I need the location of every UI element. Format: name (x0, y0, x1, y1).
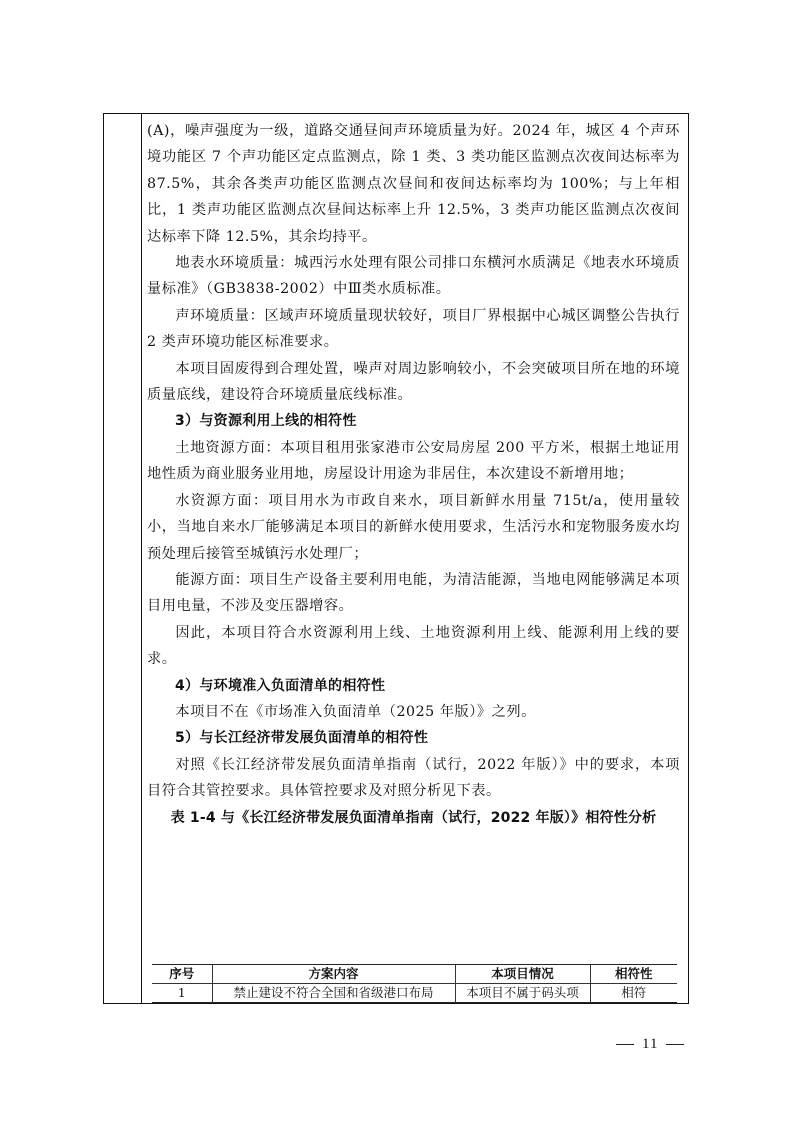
heading-negative-list: 4）与环境准入负面清单的相符性 (147, 673, 680, 699)
cell-compliance: 相符 (590, 984, 677, 1003)
paragraph-energy: 能源方面：项目生产设备主要利用电能，为清洁能源，当地电网能够满足本项目用电量，不… (147, 567, 680, 620)
header-compliance: 相符性 (590, 965, 677, 984)
body-content: (A)，噪声强度为一级，道路交通昼间声环境质量为好。2024 年，城区 4 个声… (147, 118, 680, 827)
paragraph-acoustic: 声环境质量：区域声环境质量现状较好，项目厂界根据中心城区调整公告执行 2 类声环… (147, 303, 680, 356)
paragraph-conclusion: 因此，本项目符合水资源利用上线、土地资源利用上线、能源利用上线的要求。 (147, 620, 680, 673)
heading-yangtze: 5）与长江经济带发展负面清单的相符性 (147, 725, 680, 751)
table-caption: 表 1-4 与《长江经济带发展负面清单指南（试行，2022 年版）》相符性分析 (147, 809, 680, 827)
dash-right (666, 1044, 684, 1045)
left-label-column (104, 114, 142, 1003)
dash-left (616, 1044, 634, 1045)
cell-project: 本项目不属于码头项 (455, 984, 590, 1003)
header-content: 方案内容 (212, 965, 455, 984)
document-frame: (A)，噪声强度为一级，道路交通昼间声环境质量为好。2024 年，城区 4 个声… (103, 113, 689, 1004)
header-index: 序号 (152, 965, 212, 984)
table-header-row: 序号 方案内容 本项目情况 相符性 (152, 965, 677, 984)
paragraph-yangtze: 对照《长江经济带发展负面清单指南（试行，2022 年版）》中的要求，本项目符合其… (147, 752, 680, 805)
page-number-text: 11 (642, 1036, 658, 1052)
compliance-table: 序号 方案内容 本项目情况 相符性 1 禁止建设不符合全国和省级港口布局 本项目… (152, 964, 677, 1003)
page-number: 11 (608, 1036, 692, 1053)
header-project: 本项目情况 (455, 965, 590, 984)
heading-resource-limit: 3）与资源利用上线的相符性 (147, 408, 680, 434)
cell-content: 禁止建设不符合全国和省级港口布局 (212, 984, 455, 1003)
table-row: 1 禁止建设不符合全国和省级港口布局 本项目不属于码头项 相符 (152, 984, 677, 1003)
paragraph-land: 土地资源方面：本项目租用张家港市公安局房屋 200 平方米，根据土地证用地性质为… (147, 435, 680, 488)
paragraph-surface-water: 地表水环境质量：城西污水处理有限公司排口东横河水质满足《地表水环境质量标准》（G… (147, 250, 680, 303)
paragraph-water: 水资源方面：项目用水为市政自来水，项目新鲜水用量 715t/a，使用量较小，当地… (147, 488, 680, 567)
paragraph-noise: (A)，噪声强度为一级，道路交通昼间声环境质量为好。2024 年，城区 4 个声… (147, 118, 680, 250)
cell-index: 1 (152, 984, 212, 1003)
paragraph-market-list: 本项目不在《市场准入负面清单（2025 年版）》之列。 (147, 699, 680, 725)
paragraph-baseline: 本项目固废得到合理处置，噪声对周边影响较小，不会突破项目所在地的环境质量底线，建… (147, 356, 680, 409)
